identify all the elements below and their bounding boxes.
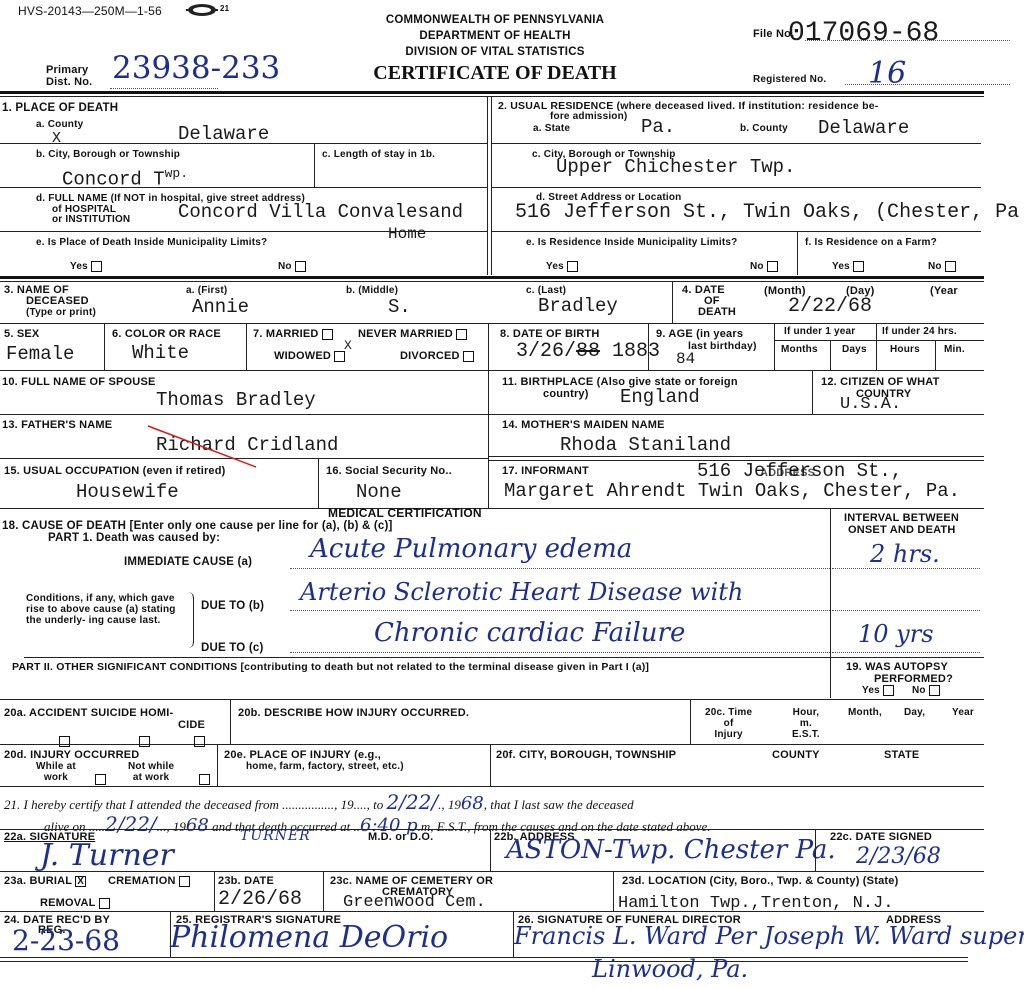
agency-line-1: COMMONWEALTH OF PENNSYLVANIA <box>360 14 630 26</box>
widowed-mark: X <box>344 338 352 353</box>
min-label: Min. <box>944 344 965 355</box>
md-do-label: M.D. or D.O. <box>368 831 433 843</box>
physician-signature: J. Turner <box>40 838 174 873</box>
age-sublabel: last birthday) <box>688 340 757 352</box>
informant-value: Margaret Ahrendt Twin Oaks, Chester, Pa. <box>504 480 960 502</box>
name-of-deceased-label: 3. NAME OF DECEASED (Type or print) <box>4 285 96 318</box>
last-name-value: Bradley <box>538 295 618 317</box>
mother-name-label: 14. MOTHER'S MAIDEN NAME <box>502 419 665 431</box>
injury-occurred-label: 20d. INJURY OCCURRED <box>4 749 139 761</box>
residence-farm-no[interactable]: No <box>928 261 956 272</box>
under-24-hrs-label: If under 24 hrs. <box>882 326 957 337</box>
part2-label: PART II. OTHER SIGNIFICANT CONDITIONS [c… <box>12 661 649 673</box>
disposition-date-value: 2/26/68 <box>218 888 302 911</box>
date-recd-value: 2-23-68 <box>12 924 120 957</box>
injury-city-label: 20f. CITY, BOROUGH, TOWNSHIP <box>496 749 676 761</box>
first-name-value: Annie <box>192 296 249 318</box>
due-to-c-value: Chronic cardiac Failure <box>374 618 685 648</box>
middle-name-value: S. <box>388 296 411 318</box>
form-code: HVS-20143—250M—1-56 <box>18 4 162 18</box>
length-of-stay-label: c. Length of stay in 1b. <box>322 149 435 160</box>
usual-residence-heading-2: fore admission) <box>550 111 627 122</box>
death-county-value: Delaware <box>178 123 269 145</box>
sex-value: Female <box>6 343 74 365</box>
immediate-cause-label: IMMEDIATE CAUSE (a) <box>124 556 252 568</box>
interval-label: INTERVAL BETWEENONSET AND DEATH <box>844 512 959 536</box>
place-of-injury-label: 20e. PLACE OF INJURY (e.g., <box>224 749 381 761</box>
spouse-value: Thomas Bradley <box>156 389 316 411</box>
institution-value-2: Home <box>388 225 426 243</box>
certify-line-1: 21. I hereby certify that I attended the… <box>4 790 634 814</box>
registered-number: 16 <box>868 56 906 91</box>
immediate-cause-value: Acute Pulmonary edema <box>310 534 632 564</box>
death-inside-limits-no[interactable]: No <box>278 261 306 272</box>
informant-address-line1: 516 Jefferson St., <box>697 460 902 482</box>
signature-print: TURNER <box>240 828 311 844</box>
injury-type-label: 20a. ACCIDENT SUICIDE HOMI- <box>4 707 173 719</box>
birthplace-value: England <box>620 386 700 408</box>
burial-checkbox[interactable]: 23a. BURIALX <box>4 875 86 887</box>
conditions-label: Conditions, if any, which gave rise to a… <box>26 593 186 626</box>
due-to-b-value: Arterio Sclerotic Heart Disease with <box>300 578 743 606</box>
death-inside-limits-yes[interactable]: Yes <box>70 261 102 272</box>
red-annotation-line <box>140 420 260 470</box>
agency-line-2: DEPARTMENT OF HEALTH <box>360 30 630 42</box>
place-of-death-heading: 1. PLACE OF DEATH <box>2 102 118 114</box>
sex-label: 5. SEX <box>4 328 39 340</box>
days-label: Days <box>842 344 867 355</box>
primary-dist-number: 23938-233 <box>112 50 280 86</box>
residence-county-value: Delaware <box>818 117 909 139</box>
month-label: Month, <box>848 707 882 718</box>
hour-label: Hour,m.E.S.T. <box>792 707 820 740</box>
institution-value: Concord Villa Convalesand <box>178 201 463 223</box>
date-of-death-label: 4. DATE OF DEATH <box>682 285 736 318</box>
residence-inside-limits-label: e. Is Residence Inside Municipality Limi… <box>526 237 737 248</box>
residence-state-label: a. State <box>533 123 570 134</box>
autopsy-label: 19. WAS AUTOPSYPERFORMED? <box>846 661 953 685</box>
middle-name-label: b. (Middle) <box>346 285 398 296</box>
months-label: Months <box>781 344 818 355</box>
residence-state-value: Pa. <box>641 116 675 138</box>
residence-inside-limits-yes[interactable]: Yes <box>546 261 578 272</box>
agency-line-3: DIVISION OF VITAL STATISTICS <box>360 46 630 58</box>
age-label: 9. AGE (in years <box>656 328 743 340</box>
county-label: a. County <box>36 119 83 130</box>
disposition-date-label: 23b. DATE <box>218 875 274 887</box>
institution-sublabel: of HOSPITALor INSTITUTION <box>52 205 130 225</box>
city-label: b. City, Borough or Township <box>36 149 180 160</box>
dob-label: 8. DATE OF BIRTH <box>500 328 600 340</box>
homicide-checkbox[interactable] <box>191 733 205 751</box>
injury-county-label: COUNTY <box>772 749 820 761</box>
father-name-label: 13. FATHER'S NAME <box>2 419 112 431</box>
certificate-title: CERTIFICATE OF DEATH <box>350 62 640 85</box>
divorced-checkbox[interactable]: DIVORCED <box>400 350 474 362</box>
residence-farm-yes[interactable]: Yes <box>832 261 864 272</box>
spouse-label: 10. FULL NAME OF SPOUSE <box>2 376 156 388</box>
location-label: 23d. LOCATION (City, Boro., Twp. & Count… <box>622 875 898 887</box>
date-of-death-value: 2/22/68 <box>788 295 872 318</box>
time-of-injury-label: 20c. TimeofInjury <box>705 707 752 740</box>
primary-dist-label: PrimaryDist. No. <box>46 64 92 88</box>
citizen-label: 12. CITIZEN OF WHAT <box>821 376 939 388</box>
funeral-director-signature: Francis L. Ward Per Joseph W. Ward super… <box>514 922 1024 950</box>
date-signed-value: 2/23/68 <box>856 844 941 869</box>
autopsy-yes-checkbox[interactable]: Yes <box>862 685 894 696</box>
due-to-c-label: DUE TO (c) <box>201 642 264 654</box>
registered-no-label: Registered No. <box>753 74 826 85</box>
physician-address-value: ASTON-Twp. Chester Pa. <box>506 835 836 865</box>
interval-c-value: 10 yrs <box>858 620 934 648</box>
cremation-checkbox[interactable]: CREMATION <box>108 875 190 887</box>
age-value: 84 <box>676 350 695 368</box>
widowed-checkbox[interactable]: WIDOWED <box>274 350 345 362</box>
cause-of-death-label: 18. CAUSE OF DEATH [Enter only one cause… <box>2 520 393 532</box>
not-while-at-work-label: Not whileat work <box>128 761 174 783</box>
residence-farm-label: f. Is Residence on a Farm? <box>805 237 937 248</box>
day-label: Day, <box>904 707 925 718</box>
hours-label: Hours <box>890 344 920 355</box>
file-number: 017069-68 <box>788 18 939 49</box>
citizen-value: U.S.A. <box>840 395 901 414</box>
informant-label: 17. INFORMANT <box>502 465 589 477</box>
dod-year-label: (Year <box>930 285 958 297</box>
residence-street-value: 516 Jefferson St., Twin Oaks, (Chester, … <box>515 201 1024 224</box>
residence-inside-limits-no[interactable]: No <box>750 261 778 272</box>
under-1-year-label: If under 1 year <box>784 326 855 337</box>
occupation-label: 15. USUAL OCCUPATION (even if retired) <box>4 465 226 477</box>
year-label: Year <box>952 707 974 718</box>
first-name-label: a. (First) <box>186 285 227 296</box>
death-inside-limits-label: e. Is Place of Death Inside Municipality… <box>36 237 267 248</box>
seal-number: 21 <box>220 4 229 13</box>
injury-type-label-2: CIDE <box>178 719 205 731</box>
ssn-label: 16. Social Security No.. <box>326 465 452 477</box>
county-mark: X <box>52 130 61 147</box>
occupation-value: Housewife <box>76 481 179 503</box>
injury-state-label: STATE <box>884 749 919 761</box>
race-value: White <box>132 342 189 364</box>
ssn-value: None <box>356 481 402 503</box>
mother-name-value: Rhoda Staniland <box>560 434 731 456</box>
autopsy-no-checkbox[interactable]: No <box>912 685 940 696</box>
interval-a-value: 2 hrs. <box>870 540 940 568</box>
funeral-director-address: Linwood, Pa. <box>592 955 748 983</box>
medical-certification-heading: MEDICAL CERTIFICATION <box>328 506 482 520</box>
registrar-signature: Philomena DeOrio <box>170 920 448 955</box>
place-of-injury-sublabel: home, farm, factory, street, etc.) <box>246 761 404 772</box>
date-of-birth-value: 3/26/88 1883 <box>516 340 660 363</box>
birthplace-sublabel: country) <box>543 388 589 400</box>
cause-part1-label: PART 1. Death was caused by: <box>48 532 220 544</box>
while-at-work-label: While atwork <box>36 761 76 783</box>
married-checkbox[interactable]: 7. MARRIED <box>253 328 333 340</box>
removal-checkbox[interactable]: REMOVAL <box>40 897 110 909</box>
date-signed-label: 22c. DATE SIGNED <box>830 831 932 843</box>
residence-county-label: b. County <box>740 123 788 134</box>
never-married-checkbox[interactable]: NEVER MARRIED <box>358 328 467 340</box>
residence-city-value: Upper Chichester Twp. <box>556 156 795 178</box>
race-label: 6. COLOR OR RACE <box>112 328 221 340</box>
describe-injury-label: 20b. DESCRIBE HOW INJURY OCCURRED. <box>238 707 469 719</box>
due-to-b-label: DUE TO (b) <box>201 600 264 612</box>
cemetery-value: Greenwood Cem. <box>343 893 486 912</box>
